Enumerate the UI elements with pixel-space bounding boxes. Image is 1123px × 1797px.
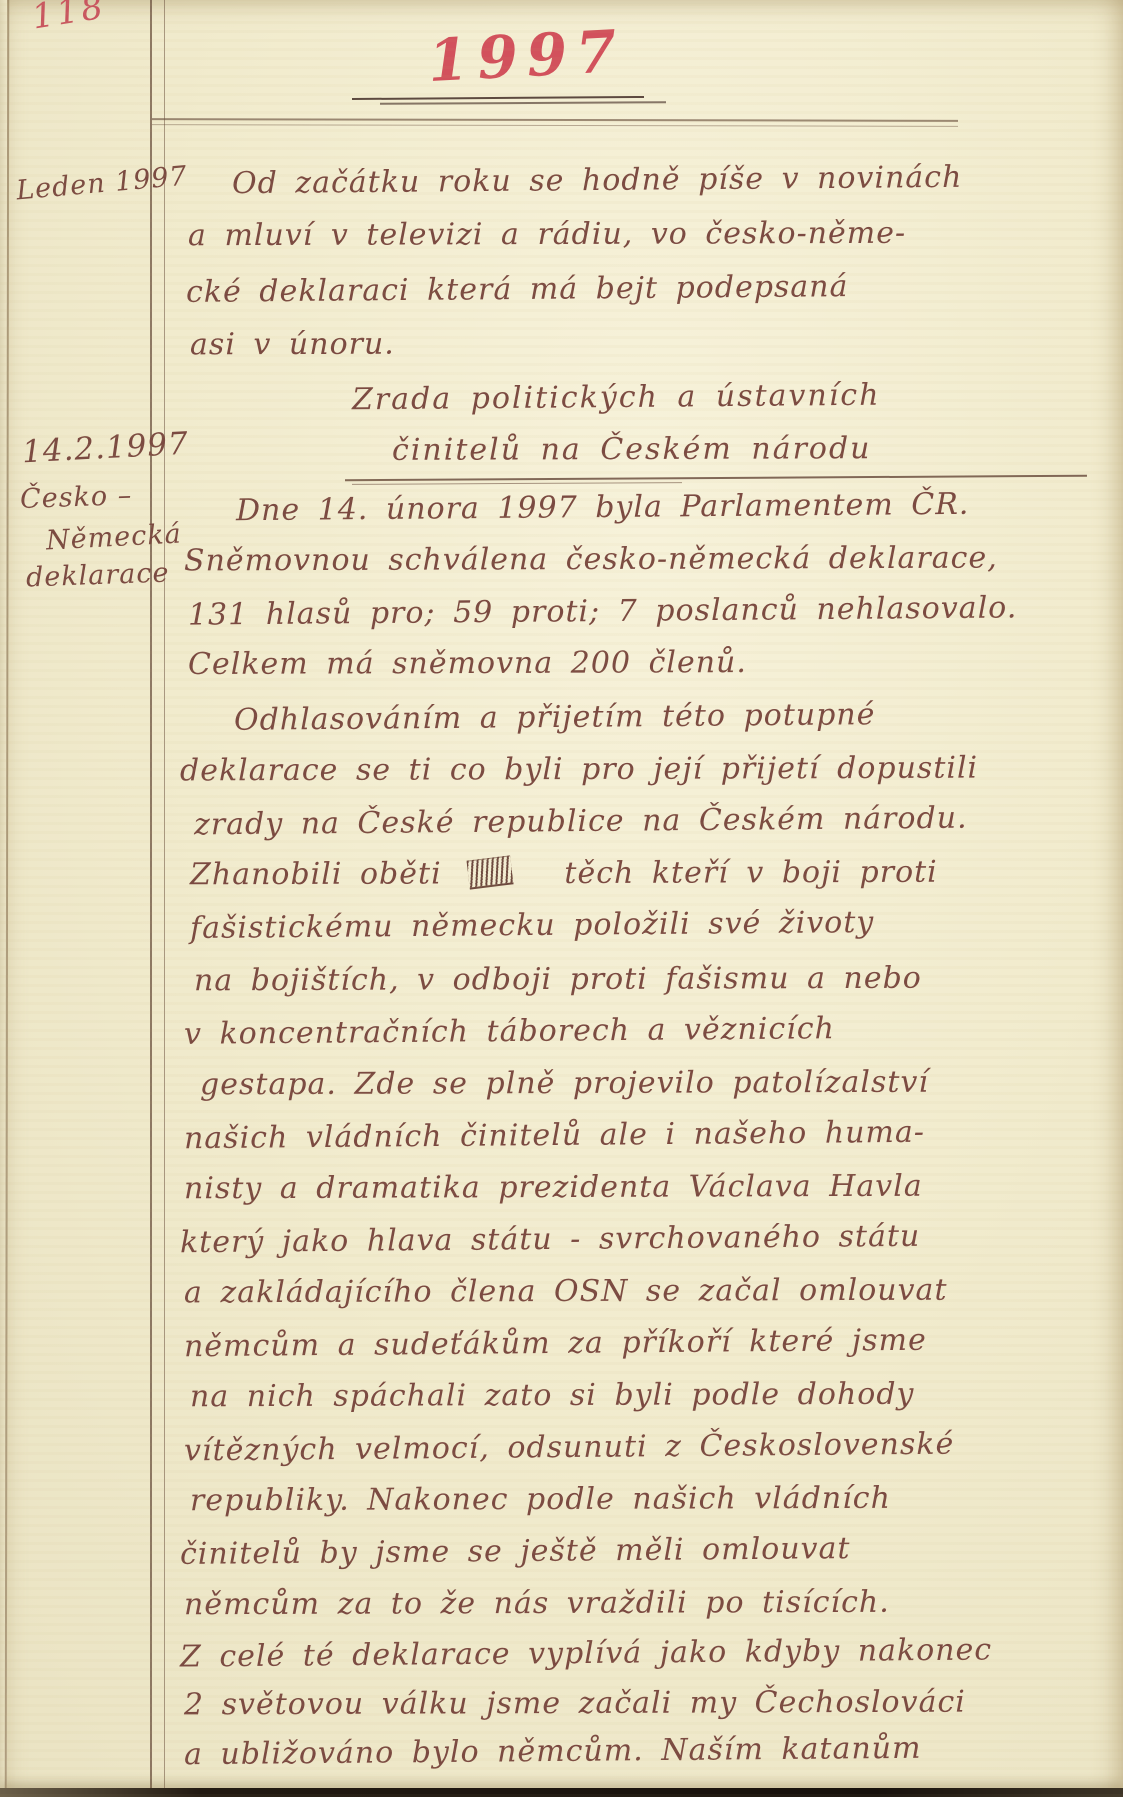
text-line: 2 světovou válku jsme začali my Čechoslo… [184, 1685, 966, 1723]
text-line: nisty a dramatika prezidenta Václava Hav… [184, 1169, 923, 1207]
text-line: a mluví v televizi a rádiu, vo česko-něm… [188, 216, 906, 254]
text-line: Zhanobili oběti těch kteří v boji proti [190, 855, 938, 893]
text-line: a ubližováno bylo němcům. Naším katanům [184, 1731, 922, 1772]
text-line: němcům za to že nás vraždili po tisících… [184, 1585, 890, 1622]
text-line: cké deklaraci která má bejt podepsaná [186, 269, 849, 310]
text-line: Celkem má sněmovna 200 členů. [188, 645, 747, 682]
text-line: který jako hlava státu - svrchovaného st… [180, 1219, 921, 1260]
page-bottom-edge [0, 1788, 1123, 1797]
text-line: a zakládajícího člena OSN se začal omlou… [184, 1273, 948, 1311]
text-line: zrady na České republice na Českém národ… [194, 801, 968, 843]
text-line: republiky. Nakonec podle našich vládních [190, 1481, 891, 1518]
text-line: činitelů by jsme se ještě měli omlouvat [180, 1531, 851, 1572]
text-line: Z celé té deklarace vyplívá jako kdyby n… [180, 1632, 992, 1674]
text-line: vítězných velmocí, odsunuti z Českoslove… [184, 1427, 955, 1469]
text-line: Sněmovnou schválena česko-německá deklar… [184, 541, 998, 579]
text-line: Od začátku roku se hodně píše v novinách [232, 160, 963, 201]
text-line: v koncentračních táborech a věznicích [184, 1011, 835, 1052]
text-line: asi v únoru. [190, 327, 395, 363]
body-text: Od začátku roku se hodně píše v novinách… [0, 0, 1123, 1797]
text-line: fašistickému německu položili své životy [190, 905, 875, 946]
text-line: deklarace se ti co byli pro její přijetí… [180, 751, 978, 789]
text-line: Dne 14. února 1997 byla Parlamentem ČR. [236, 487, 970, 528]
text-line: němcům a sudeťákům za příkoří které jsme [184, 1323, 927, 1364]
text-line: našich vládních činitelů ale i našeho hu… [184, 1115, 925, 1156]
heading-line-underlined: činitelů na Českém národu [392, 431, 872, 468]
heading-line: Zrada politických a ústavních [352, 378, 881, 418]
text-line: Odhlasováním a přijetím této potupné [234, 697, 876, 738]
crossed-out-word [466, 855, 513, 889]
text-line: gestapa. Zde se plně projevilo patolízal… [200, 1065, 929, 1103]
text-line: na nich spáchali zato si byli podle doho… [190, 1377, 915, 1415]
chronicle-page: 118 1997 Leden 1997 14.2.1997 Česko – Ně… [0, 0, 1123, 1797]
text-line: na bojištích, v odboji proti fašismu a n… [194, 961, 922, 999]
text-line: 131 hlasů pro; 59 proti; 7 poslanců nehl… [188, 590, 1018, 632]
